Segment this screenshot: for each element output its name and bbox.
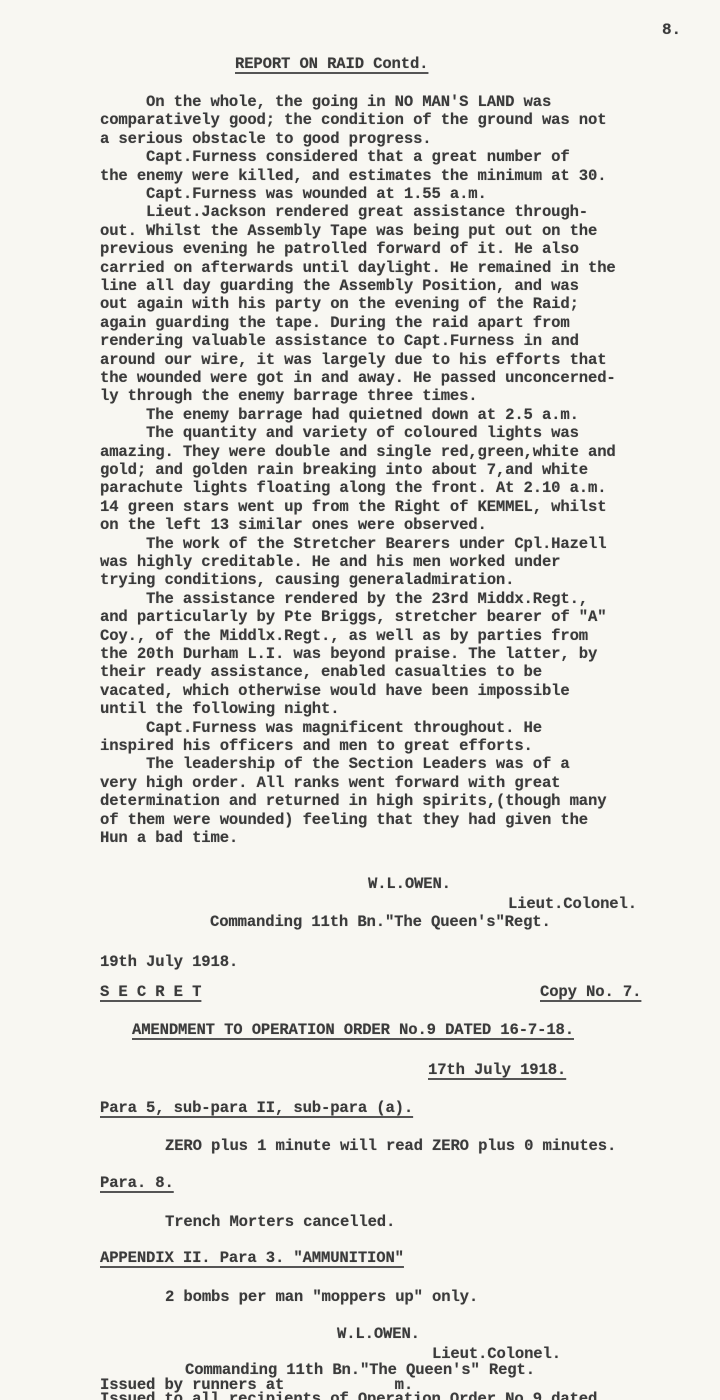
- report-line: until the following night.: [100, 701, 339, 718]
- report-line: Lieut.Jackson rendered great assistance …: [100, 204, 588, 221]
- report-line: out. Whilst the Assembly Tape was being …: [100, 223, 597, 240]
- report-line: was highly creditable. He and his men wo…: [100, 554, 560, 571]
- report-line: determination and returned in high spiri…: [100, 793, 606, 810]
- amendment-date: 17th July 1918.: [428, 1062, 566, 1079]
- report-line: the wounded were got in and away. He pas…: [100, 370, 616, 387]
- report-line: amazing. They were double and single red…: [100, 444, 616, 461]
- report-title: REPORT ON RAID Contd.: [235, 56, 428, 73]
- report-line: The quantity and variety of coloured lig…: [100, 425, 579, 442]
- section-body-para5: ZERO plus 1 minute will read ZERO plus 0…: [165, 1138, 616, 1155]
- report-line: carried on afterwards until daylight. He…: [100, 260, 616, 277]
- report-line: gold; and golden rain breaking into abou…: [100, 462, 588, 479]
- secret-label: S E C R E T: [100, 984, 201, 1001]
- report-line: the enemy were killed, and estimates the…: [100, 168, 606, 185]
- report-line: The work of the Stretcher Bearers under …: [100, 536, 606, 553]
- report-line: Hun a bad time.: [100, 830, 238, 847]
- report-line: again guarding the tape. During the raid…: [100, 315, 570, 332]
- report-line: parachute lights floating along the fron…: [100, 480, 606, 497]
- report-line: ly through the enemy barrage three times…: [100, 388, 478, 405]
- issued-to-recipients: Issued to all recipients of Operation Or…: [100, 1391, 597, 1400]
- section-body-para8: Trench Morters cancelled.: [165, 1214, 395, 1231]
- amendment-signature-name: W.L.OWEN.: [337, 1326, 420, 1343]
- report-line: The leadership of the Section Leaders wa…: [100, 756, 570, 773]
- report-line: The enemy barrage had quietned down at 2…: [100, 407, 579, 424]
- section-body-appendix: 2 bombs per man "moppers up" only.: [165, 1289, 478, 1306]
- report-line: vacated, which otherwise would have been…: [100, 683, 570, 700]
- section-heading-para8: Para. 8.: [100, 1175, 174, 1192]
- report-line: The assistance rendered by the 23rd Midd…: [100, 591, 588, 608]
- report-line: on the left 13 similar ones were observe…: [100, 517, 487, 534]
- report-signature-rank: Lieut.Colonel.: [508, 896, 637, 913]
- section-heading-appendix: APPENDIX II. Para 3. "AMMUNITION": [100, 1250, 404, 1267]
- report-line: their ready assistance, enabled casualti…: [100, 664, 542, 681]
- section-heading-para5: Para 5, sub-para II, sub-para (a).: [100, 1100, 413, 1117]
- report-signature-name: W.L.OWEN.: [368, 876, 451, 893]
- report-date: 19th July 1918.: [100, 954, 238, 971]
- amendment-title: AMENDMENT TO OPERATION ORDER No.9 DATED …: [132, 1022, 574, 1039]
- report-line: comparatively good; the condition of the…: [100, 112, 606, 129]
- report-line: Capt.Furness considered that a great num…: [100, 149, 570, 166]
- report-line: inspired his officers and men to great e…: [100, 738, 533, 755]
- page-number: 8.: [662, 22, 681, 39]
- report-line: previous evening he patrolled forward of…: [100, 241, 579, 258]
- report-signature-unit: Commanding 11th Bn."The Queen's"Regt.: [210, 914, 551, 931]
- report-line: Coy., of the Middlx.Regt., as well as by…: [100, 628, 588, 645]
- report-line: On the whole, the going in NO MAN'S LAND…: [100, 94, 551, 111]
- document-page: 8. REPORT ON RAID Contd. On the whole, t…: [0, 0, 720, 1400]
- copy-number: Copy No. 7.: [540, 984, 641, 1001]
- report-line: Capt.Furness was magnificent throughout.…: [100, 720, 542, 737]
- report-line: and particularly by Pte Briggs, stretche…: [100, 609, 606, 626]
- report-line: trying conditions, causing generaladmira…: [100, 572, 514, 589]
- report-line: the 20th Durham L.I. was beyond praise. …: [100, 646, 597, 663]
- report-line: very high order. All ranks went forward …: [100, 775, 560, 792]
- report-line: a serious obstacle to good progress.: [100, 131, 431, 148]
- report-line: out again with his party on the evening …: [100, 296, 579, 313]
- report-line: Capt.Furness was wounded at 1.55 a.m.: [100, 186, 487, 203]
- report-line: rendering valuable assistance to Capt.Fu…: [100, 333, 579, 350]
- report-line: of them were wounded) feeling that they …: [100, 812, 588, 829]
- report-line: 14 green stars went up from the Right of…: [100, 499, 606, 516]
- report-line: around our wire, it was largely due to h…: [100, 352, 606, 369]
- report-line: line all day guarding the Assembly Posit…: [100, 278, 579, 295]
